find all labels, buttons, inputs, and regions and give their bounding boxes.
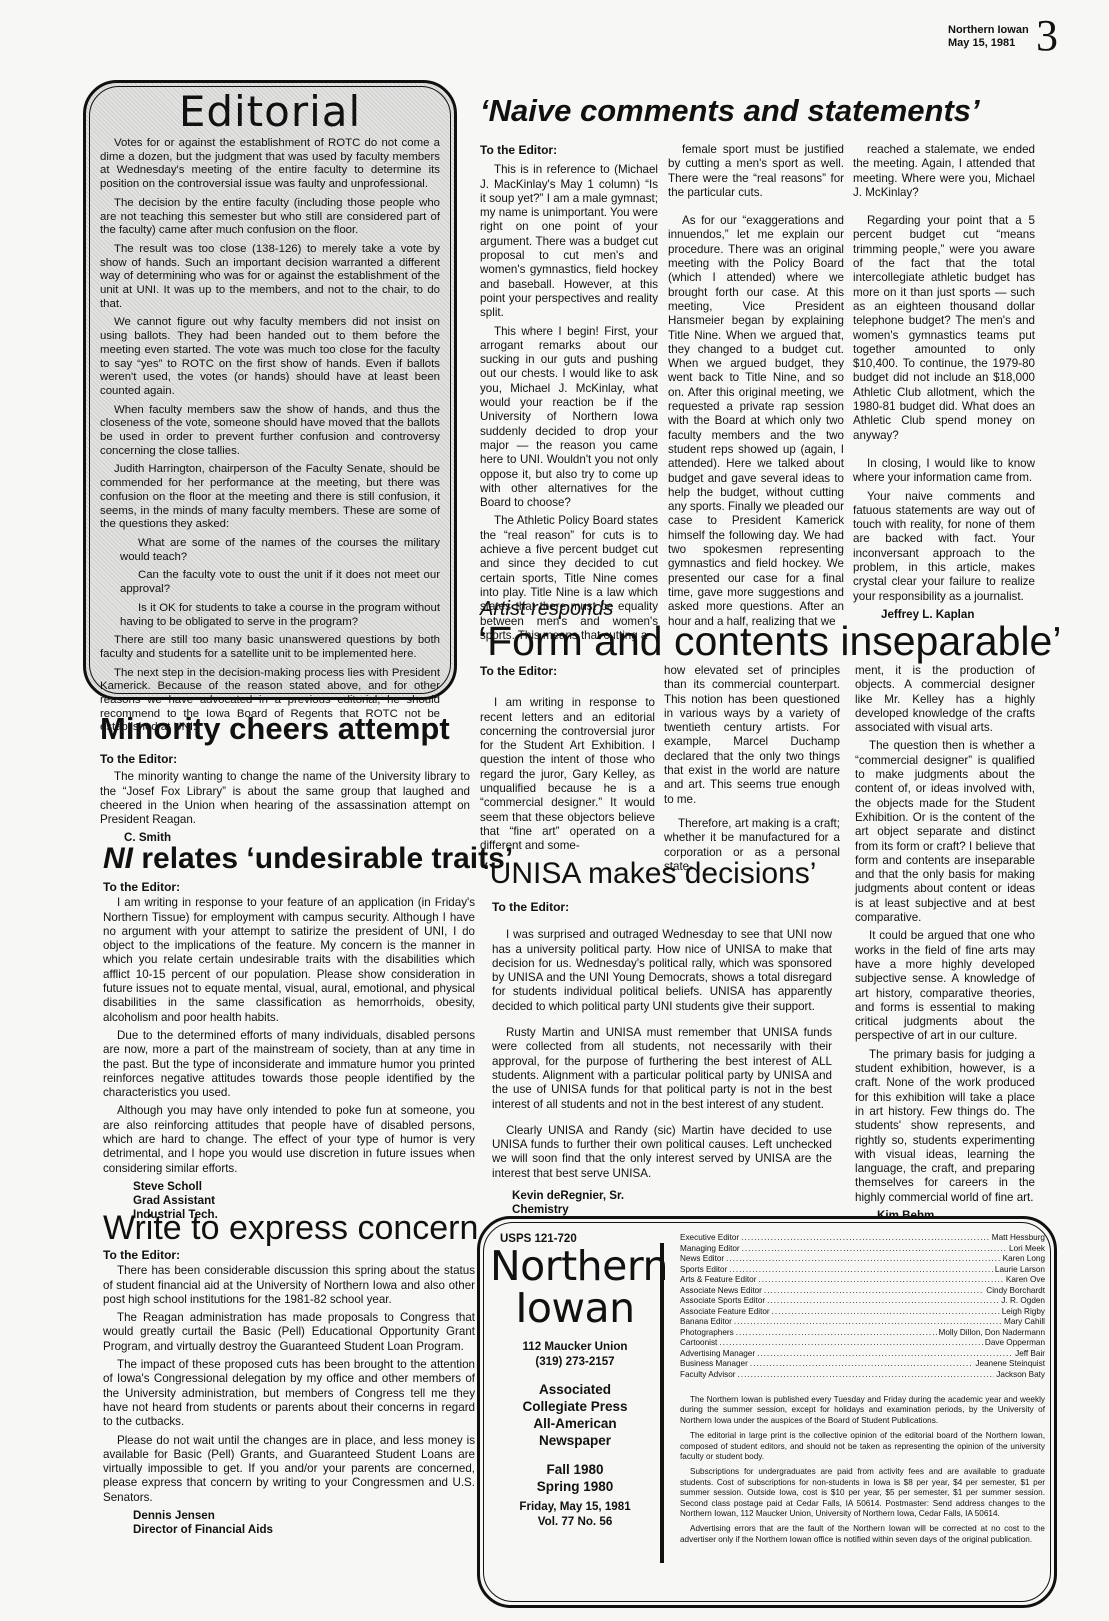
staff-role: Associate Sports Editor [680, 1296, 765, 1307]
staff-name: Molly Dillon, Don Nadermann [939, 1328, 1045, 1339]
staff-row: Associate Feature EditorLeigh Rigby [680, 1307, 1045, 1318]
fine-print: The Northern Iowan is published every Tu… [680, 1395, 1045, 1550]
salutation: To the Editor: [100, 752, 470, 766]
paragraph: We cannot figure out why faculty members… [100, 316, 440, 398]
staff-name: Jeanene Steinquist [975, 1359, 1045, 1370]
leader-dots [767, 1296, 999, 1307]
leader-dots [750, 1359, 974, 1370]
logo-line-1: Northern [490, 1245, 660, 1287]
staff-name: Mary Cahill [1004, 1317, 1045, 1328]
paragraph: female sport must be justified by cuttin… [668, 143, 844, 200]
staff-name: J. R. Ogden [1001, 1296, 1045, 1307]
staff-row: News EditorKaren Long [680, 1254, 1045, 1265]
leader-dots [729, 1265, 993, 1276]
award-line: All-American [490, 1415, 660, 1432]
signature: Kevin deRegnier, Sr. Chemistry [492, 1189, 832, 1217]
concern-article: Write to express concern To the Editor: … [103, 1210, 475, 1537]
page-header: Northern Iowan May 15, 1981 [948, 24, 1029, 50]
leader-dots [738, 1370, 995, 1381]
headline-rest: relates ‘undesirable traits’ [133, 842, 513, 875]
staff-row: Faculty AdvisorJackson Baty [680, 1370, 1045, 1381]
headline: ‘Naive comments and statements’ [480, 94, 1080, 128]
leader-dots [741, 1233, 990, 1244]
signature-title: Grad Assistant [133, 1194, 475, 1208]
paragraph: When faculty members saw the show of han… [100, 404, 440, 459]
signature-title: Director of Financial Aids [133, 1523, 475, 1537]
salutation: To the Editor: [103, 880, 475, 894]
staff-name: Laurie Larson [995, 1265, 1045, 1276]
staff-role: Business Manager [680, 1359, 748, 1370]
artist-col-3: ment, it is the production of objects. A… [855, 664, 1035, 1237]
staff-row: Advertising ManagerJeff Bair [680, 1349, 1045, 1360]
paragraph: There are still too many basic unanswere… [100, 634, 440, 661]
masthead-left: USPS 121-720 Northern Iowan 112 Maucker … [490, 1233, 660, 1529]
term: Fall 1980 [490, 1461, 660, 1478]
staff-row: Arts & Feature EditorKaren Ove [680, 1275, 1045, 1286]
staff-role: Executive Editor [680, 1233, 739, 1244]
staff-name: Dave Opperman [985, 1338, 1045, 1349]
paragraph: Please do not wait until the changes are… [103, 1434, 475, 1505]
traits-article: NI relates ‘undesirable traits’ To the E… [103, 842, 475, 1222]
paragraph: This where I begin! First, your arrogant… [480, 325, 658, 511]
question: What are some of the names of the course… [100, 537, 440, 564]
staff-name: Karen Long [1003, 1254, 1045, 1265]
paragraph: The impact of these proposed cuts has be… [103, 1358, 475, 1429]
paragraph: Although you may have only intended to p… [103, 1104, 475, 1175]
paragraph: As for our “exaggerations and innuendos,… [668, 214, 844, 629]
volume: Vol. 77 No. 56 [490, 1514, 660, 1529]
leader-dots [736, 1328, 937, 1339]
paragraph: This is in reference to (Michael J. MacK… [480, 163, 658, 320]
staff-row: PhotographersMolly Dillon, Don Nadermann [680, 1328, 1045, 1339]
phone: (319) 273-2157 [490, 1354, 660, 1369]
headline: ‘UNISA makes decisions’ [483, 856, 816, 892]
salutation: To the Editor: [103, 1248, 475, 1262]
staff-name: Matt Hessburg [992, 1233, 1045, 1244]
staff-row: Banana EditorMary Cahill [680, 1317, 1045, 1328]
terms: Fall 1980 Spring 1980 [490, 1461, 660, 1495]
divider [660, 1243, 664, 1563]
leader-dots [758, 1275, 1003, 1286]
paragraph: The Northern Iowan is published every Tu… [680, 1395, 1045, 1426]
paragraph: reached a stalemate, we ended the meetin… [853, 143, 1035, 200]
staff-role: Managing Editor [680, 1244, 740, 1255]
staff-row: Executive EditorMatt Hessburg [680, 1233, 1045, 1244]
headline: NI relates ‘undesirable traits’ [103, 842, 475, 876]
headline: Write to express concern [103, 1210, 475, 1246]
paragraph: The decision by the entire faculty (incl… [100, 197, 440, 238]
staff-row: Sports EditorLaurie Larson [680, 1265, 1045, 1276]
contact: 112 Maucker Union (319) 273-2157 [490, 1339, 660, 1369]
staff-row: Associate Sports EditorJ. R. Ogden [680, 1296, 1045, 1307]
editorial-box: Editorial Votes for or against the estab… [83, 80, 457, 700]
paragraph: Votes for or against the establishment o… [100, 137, 440, 192]
staff-name: Lori Meek [1009, 1244, 1045, 1255]
staff-row: Managing EditorLori Meek [680, 1244, 1045, 1255]
award-line: Newspaper [490, 1432, 660, 1449]
leader-dots [734, 1317, 1002, 1328]
salutation: To the Editor: [492, 900, 832, 914]
paragraph: The primary basis for judging a student … [855, 1048, 1035, 1205]
staff-role: News Editor [680, 1254, 724, 1265]
staff-row: Associate News EditorCindy Borchardt [680, 1286, 1045, 1297]
artist-col-2: how elevated set of principles than its … [664, 664, 840, 878]
salutation: To the Editor: [480, 143, 658, 157]
paragraph: The result was too close (138-126) to me… [100, 243, 440, 312]
leader-dots [772, 1307, 1000, 1318]
staff-row: Business ManagerJeanene Steinquist [680, 1359, 1045, 1370]
signature: Dennis Jensen Director of Financial Aids [103, 1509, 475, 1537]
paragraph: The Reagan administration has made propo… [103, 1311, 475, 1354]
staff-name: Karen Ove [1006, 1275, 1045, 1286]
paragraph: Judith Harrington, chairperson of the Fa… [100, 463, 440, 532]
award: Associated Collegiate Press All-American… [490, 1381, 660, 1449]
paragraph: Regarding your point that a 5 percent bu… [853, 214, 1035, 443]
masthead-box: USPS 121-720 Northern Iowan 112 Maucker … [477, 1216, 1057, 1608]
staff-role: Cartoonist [680, 1338, 717, 1349]
address: 112 Maucker Union [490, 1339, 660, 1354]
paragraph: There has been considerable discussion t… [103, 1264, 475, 1307]
staff-role: Banana Editor [680, 1317, 732, 1328]
naive-col-3: reached a stalemate, we ended the meetin… [853, 143, 1035, 622]
issue-date: Friday, May 15, 1981 [490, 1499, 660, 1514]
paragraph: Advertising errors that are the fault of… [680, 1524, 1045, 1545]
paragraph: I am writing in response to your feature… [103, 896, 475, 1025]
naive-col-1: To the Editor: This is in reference to (… [480, 143, 658, 647]
staff-role: Arts & Feature Editor [680, 1275, 756, 1286]
paragraph: Due to the determined efforts of many in… [103, 1029, 475, 1100]
logo-line-2: Iowan [490, 1287, 660, 1329]
paragraph: Rusty Martin and UNISA must remember tha… [492, 1026, 832, 1112]
paragraph: I was surprised and outraged Wednesday t… [492, 928, 832, 1014]
headline: Minority cheers attempt [100, 712, 470, 746]
signature-name: Dennis Jensen [133, 1509, 475, 1523]
staff-name: Jeff Bair [1015, 1349, 1045, 1360]
leader-dots [726, 1254, 1001, 1265]
staff-role: Associate News Editor [680, 1286, 762, 1297]
paper-name: Northern Iowan [948, 24, 1029, 37]
leader-dots [764, 1286, 984, 1297]
staff-role: Associate Feature Editor [680, 1307, 770, 1318]
minority-article: Minority cheers attempt To the Editor: T… [100, 712, 470, 845]
staff-role: Sports Editor [680, 1265, 727, 1276]
paragraph: how elevated set of principles than its … [664, 664, 840, 807]
signature-name: Kevin deRegnier, Sr. [512, 1189, 832, 1203]
paragraph: Subscriptions for undergraduates are pai… [680, 1467, 1045, 1519]
paragraph: Your naive comments and fatuous statemen… [853, 490, 1035, 604]
staff-list: Executive EditorMatt HessburgManaging Ed… [680, 1233, 1045, 1380]
paragraph: ment, it is the production of objects. A… [855, 664, 1035, 735]
issue: Friday, May 15, 1981 Vol. 77 No. 56 [490, 1499, 660, 1529]
question: Can the faculty vote to oust the unit if… [100, 569, 440, 596]
headline: ‘Form and contents inseparable’ [478, 618, 1061, 664]
naive-col-2: female sport must be justified by cuttin… [668, 143, 844, 633]
award-line: Collegiate Press [490, 1398, 660, 1415]
paragraph: It could be argued that one who works in… [855, 929, 1035, 1043]
paragraph: In closing, I would like to know where y… [853, 457, 1035, 486]
paragraph: The editorial in large print is the coll… [680, 1431, 1045, 1462]
term: Spring 1980 [490, 1478, 660, 1495]
staff-row: CartoonistDave Opperman [680, 1338, 1045, 1349]
leader-dots [757, 1349, 1013, 1360]
unisa-body: To the Editor: I was surprised and outra… [492, 900, 832, 1217]
editorial-body: Votes for or against the establishment o… [100, 137, 440, 735]
staff-role: Advertising Manager [680, 1349, 755, 1360]
leader-dots [742, 1244, 1007, 1255]
signature-name: Steve Scholl [133, 1180, 475, 1194]
issue-date: May 15, 1981 [948, 37, 1029, 50]
staff-name: Leigh Rigby [1002, 1307, 1045, 1318]
signature-title: Chemistry [512, 1203, 832, 1217]
paragraph: The question then is whether a “commerci… [855, 739, 1035, 925]
page-number: 3 [1036, 14, 1058, 58]
staff-name: Jackson Baty [996, 1370, 1045, 1381]
paragraph: I am writing in response to recent lette… [480, 696, 655, 853]
naive-headline-wrap: ‘Naive comments and statements’ [480, 94, 1080, 128]
award-line: Associated [490, 1381, 660, 1398]
question: Is it OK for students to take a course i… [100, 602, 440, 629]
paragraph: The minority wanting to change the name … [100, 770, 470, 827]
artist-col-1: To the Editor: I am writing in response … [480, 664, 655, 858]
staff-role: Photographers [680, 1328, 734, 1339]
headline-ni: NI [103, 842, 133, 875]
salutation: To the Editor: [480, 664, 655, 678]
leader-dots [719, 1338, 983, 1349]
paragraph: Clearly UNISA and Randy (sic) Martin hav… [492, 1124, 832, 1181]
staff-role: Faculty Advisor [680, 1370, 736, 1381]
staff-name: Cindy Borchardt [986, 1286, 1045, 1297]
editorial-title: Editorial [100, 89, 440, 135]
